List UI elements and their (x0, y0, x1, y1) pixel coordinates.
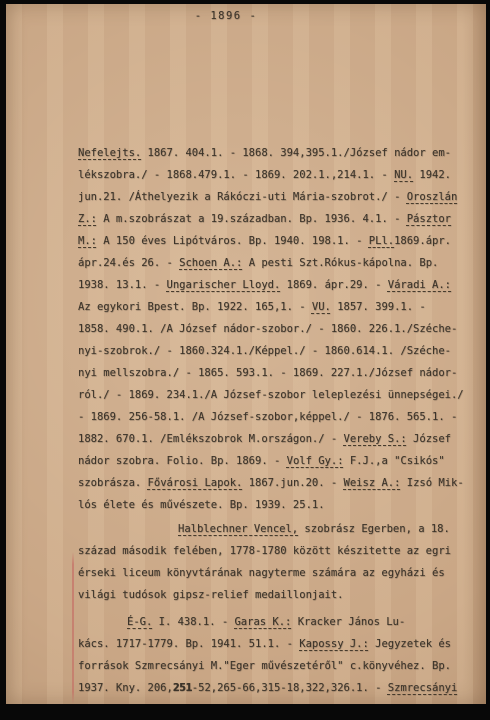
underlined-text: Oroszlán (407, 191, 458, 203)
margin-line (72, 552, 74, 704)
text-segment: szobrásza. (78, 477, 148, 489)
text-segment: József (407, 433, 451, 445)
text-line: nádor szobra. Folio. Bp. 1869. - Volf Gy… (78, 450, 476, 472)
text-segment: 1942. (413, 169, 451, 181)
text-segment: ról./ - 1869. 234.1./A József-szobor lel… (78, 389, 464, 401)
text-segment: 1858. 490.1. /A József nádor-szobor./ - … (78, 323, 457, 335)
text-segment: nádor szobra. Folio. Bp. 1869. - (78, 455, 287, 467)
text-line: nyi-szobrok./ - 1860.324.1./Képpel./ - 1… (78, 340, 476, 362)
page-number: - 1896 - (6, 10, 446, 22)
text-block: Nefelejts. 1867. 404.1. - 1868. 394,395.… (78, 142, 476, 699)
text-line: Halblechner Vencel, szobrász Egerben, a … (78, 518, 476, 540)
underlined-text: Szmrecsányi (388, 682, 458, 694)
underlined-text: Volf Gy.: (287, 455, 344, 467)
text-line: források Szmrecsányi M."Eger művészetérő… (78, 655, 476, 677)
underlined-text: Pásztor (407, 213, 451, 225)
text-line: - 1869. 256-58.1. /A József-szobor,képpe… (78, 406, 476, 428)
text-segment: - 1869. 256-58.1. /A József-szobor,képpe… (78, 411, 457, 423)
scan-background: { "document": { "page_number": "- 1896 -… (0, 0, 490, 720)
text-segment: Jegyzetek és (369, 638, 451, 650)
text-line: érseki liceum könyvtárának nagyterme szá… (78, 562, 476, 584)
scanned-page: - 1896 - Nefelejts. 1867. 404.1. - 1868.… (6, 4, 486, 704)
text-segment: 1867. 404.1. - 1868. 394,395.1./József n… (141, 147, 451, 159)
text-segment: F.J.,a "Csikós" (344, 455, 445, 467)
text-segment: érseki liceum könyvtárának nagyterme szá… (78, 567, 445, 579)
text-line: M.: A 150 éves Lipótváros. Bp. 1940. 198… (78, 230, 476, 252)
underlined-text: Fővárosi Lapok. (148, 477, 243, 489)
text-segment: források Szmrecsányi M."Eger művészetérő… (78, 660, 451, 672)
text-segment: lós élete és művészete. Bp. 1939. 25.1. (78, 499, 325, 511)
text-line: 1938. 13.1. - Ungarischer Lloyd. 1869. á… (78, 274, 476, 296)
text-line: 1858. 490.1. /A József nádor-szobor./ - … (78, 318, 476, 340)
text-segment: jun.21. /Áthelyezik a Rákóczi-uti Mária-… (78, 191, 407, 203)
text-line: lós élete és művészete. Bp. 1939. 25.1. (78, 494, 476, 516)
text-segment: ápr.24.és 26. - (78, 257, 179, 269)
underlined-text: Z.: (78, 213, 97, 225)
paragraph: Nefelejts. 1867. 404.1. - 1868. 394,395.… (78, 142, 476, 516)
text-segment: 1938. 13.1. - (78, 279, 167, 291)
text-segment: 251 (173, 682, 192, 694)
underlined-text: PLl. (369, 235, 394, 247)
text-segment: A 150 éves Lipótváros. Bp. 1940. 198.1. … (97, 235, 369, 247)
text-segment: 1867.jun.20. - (242, 477, 343, 489)
underlined-text: Halblechner Vencel, (178, 523, 298, 535)
text-segment: Izsó Mik- (400, 477, 463, 489)
underlined-text: Vereby S.: (344, 433, 407, 445)
paragraph: É-G. I. 438.1. - Garas K.: Kracker János… (78, 611, 476, 699)
text-segment: Az egykori Bpest. Bp. 1922. 165,1. - (78, 301, 312, 313)
text-line: világi tudósok gipsz-relief medaillonjai… (78, 584, 476, 606)
text-line: Z.: A m.szobrászat a 19.században. Bp. 1… (78, 208, 476, 230)
text-segment: 1869.ápr. (394, 235, 451, 247)
text-segment: I. 438.1. - (152, 616, 234, 628)
text-segment: 1882. 670.1. /Emlékszobrok M.országon./ … (78, 433, 344, 445)
text-segment: szobrász Egerben, a 18. (298, 523, 450, 535)
paragraph: Halblechner Vencel, szobrász Egerben, a … (78, 518, 476, 606)
text-segment: század második felében, 1778-1780 között… (78, 545, 451, 557)
text-line: Nefelejts. 1867. 404.1. - 1868. 394,395.… (78, 142, 476, 164)
text-segment: 1869. ápr.29. - (280, 279, 387, 291)
underlined-text: Weisz A.: (344, 477, 401, 489)
text-segment: 1937. Kny. 206, (78, 682, 173, 694)
underlined-text: Nefelejts. (78, 147, 141, 159)
text-segment: világi tudósok gipsz-relief medaillonjai… (78, 589, 344, 601)
text-segment: kács. 1717-1779. Bp. 1941. 51.1. - (78, 638, 299, 650)
text-line: század második felében, 1778-1780 között… (78, 540, 476, 562)
text-segment: lékszobra./ - 1868.479.1. - 1869. 202.1.… (78, 169, 394, 181)
text-line: 1882. 670.1. /Emlékszobrok M.országon./ … (78, 428, 476, 450)
underlined-text: Váradi A.: (388, 279, 451, 291)
text-segment: A pesti Szt.Rókus-kápolna. Bp. (242, 257, 438, 269)
text-line: szobrásza. Fővárosi Lapok. 1867.jun.20. … (78, 472, 476, 494)
text-segment: A m.szobrászat a 19.században. Bp. 1936.… (97, 213, 407, 225)
text-line: jun.21. /Áthelyezik a Rákóczi-uti Mária-… (78, 186, 476, 208)
text-line: Az egykori Bpest. Bp. 1922. 165,1. - VU.… (78, 296, 476, 318)
underlined-text: NU. (394, 169, 413, 181)
text-segment: nyi mellszobra./ - 1865. 593.1. - 1869. … (78, 367, 457, 379)
text-line: lékszobra./ - 1868.479.1. - 1869. 202.1.… (78, 164, 476, 186)
text-segment: nyi-szobrok./ - 1860.324.1./Képpel./ - 1… (78, 345, 451, 357)
text-line: É-G. I. 438.1. - Garas K.: Kracker János… (78, 611, 476, 633)
underlined-text: Garas K.: (234, 616, 291, 628)
text-segment: Kracker János Lu- (291, 616, 405, 628)
text-line: nyi mellszobra./ - 1865. 593.1. - 1869. … (78, 362, 476, 384)
underlined-text: Kapossy J.: (299, 638, 369, 650)
text-line: kács. 1717-1779. Bp. 1941. 51.1. - Kapos… (78, 633, 476, 655)
text-line: 1937. Kny. 206,251-52,265-66,315-18,322,… (78, 677, 476, 699)
text-segment: 1857. 399.1. - (331, 301, 426, 313)
text-segment: -52,265-66,315-18,322,326.1. - (192, 682, 388, 694)
underlined-text: É-G. (127, 616, 152, 628)
underlined-text: VU. (312, 301, 331, 313)
underlined-text: M.: (78, 235, 97, 247)
underlined-text: Ungarischer Lloyd. (167, 279, 281, 291)
underlined-text: Schoen A.: (179, 257, 242, 269)
text-line: ápr.24.és 26. - Schoen A.: A pesti Szt.R… (78, 252, 476, 274)
text-line: ról./ - 1869. 234.1./A József-szobor lel… (78, 384, 476, 406)
